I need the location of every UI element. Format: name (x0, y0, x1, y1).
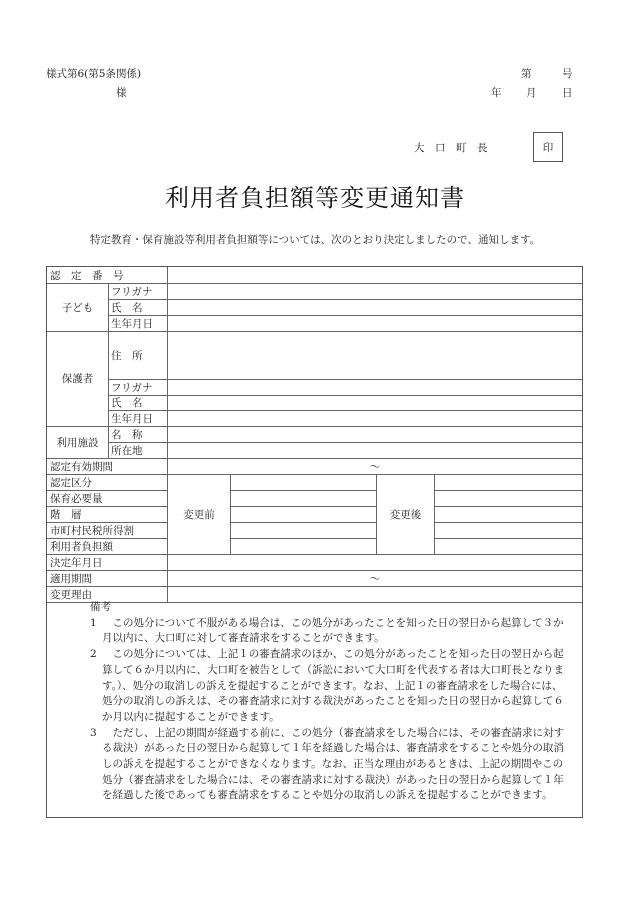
value-guardian-furigana[interactable] (168, 379, 582, 395)
label-guardian-name: 氏 名 (108, 395, 167, 410)
form-reference: 様式第6(第5条関係) (46, 66, 141, 81)
note-item-3: 3 ただし、上記の期間が経過する前に、この処分（審査請求をした場合には、その審査… (60, 726, 570, 805)
label-after-change: 変更後 (377, 474, 434, 554)
label-guardian-address: 住 所 (108, 331, 167, 379)
value-valid-period[interactable]: ～ (168, 458, 582, 474)
date-day: 日 (562, 85, 573, 100)
value-child-furigana[interactable] (168, 283, 582, 299)
notes-heading: 備考 (60, 600, 570, 616)
label-facility-name: 名 称 (108, 426, 167, 442)
document-title: 利用者負担額等変更通知書 (0, 178, 630, 213)
label-facility-location: 所在地 (108, 442, 167, 458)
label-guardian-group: 保護者 (47, 331, 108, 426)
label-child-group: 子ども (47, 283, 108, 331)
label-before-change: 変更前 (168, 474, 230, 554)
value-guardian-dob[interactable] (168, 410, 582, 426)
label-child-furigana: フリガナ (108, 283, 167, 299)
note-item-1: 1 この処分について不服がある場合は、この処分があったことを知った日の翌日から起… (60, 616, 570, 647)
intro-text: 特定教育・保育施設等利用者負担額等については、次のとおり決定しましたので、通知し… (0, 232, 630, 247)
label-cert-category: 認定区分 (47, 474, 167, 490)
label-guardian-furigana: フリガナ (108, 379, 167, 395)
value-facility-location[interactable] (168, 442, 582, 458)
seal-label: 印 (543, 140, 554, 155)
notes-section: 備考 1 この処分について不服がある場合は、この処分があったことを知った日の翌日… (60, 600, 570, 804)
value-guardian-address[interactable] (168, 331, 582, 379)
value-guardian-name[interactable] (168, 395, 582, 410)
number-prefix: 第 (521, 66, 532, 81)
value-cert-number[interactable] (168, 267, 582, 283)
label-care-amount: 保育必要量 (47, 490, 167, 506)
label-tier: 階 層 (47, 506, 167, 522)
value-facility-name[interactable] (168, 426, 582, 442)
label-guardian-dob: 生年月日 (108, 410, 167, 426)
recipient-suffix: 様 (116, 85, 127, 100)
label-apply-period: 適用期間 (47, 570, 167, 586)
label-decision-date: 決定年月日 (47, 554, 167, 570)
label-child-name: 氏 名 (108, 299, 167, 315)
seal-box: 印 (533, 132, 563, 162)
date-year: 年 (491, 85, 502, 100)
label-valid-period: 認定有効期間 (47, 458, 167, 474)
value-child-dob[interactable] (168, 315, 582, 331)
date-month: 月 (526, 85, 537, 100)
label-cert-number: 認 定 番 号 (47, 267, 167, 283)
note-item-2: 2 この処分については、上記１の審査請求のほか、この処分があったことを知った日の… (60, 647, 570, 726)
label-user-fee: 利用者負担額 (47, 538, 167, 554)
value-decision-date[interactable] (168, 554, 582, 570)
issuer-title: 大 口 町 長 (414, 140, 488, 155)
value-child-name[interactable] (168, 299, 582, 315)
label-child-dob: 生年月日 (108, 315, 167, 331)
number-suffix: 号 (562, 66, 573, 81)
label-facility-group: 利用施設 (47, 426, 108, 458)
value-apply-period[interactable]: ～ (168, 570, 582, 586)
label-municipal-tax: 市町村民税所得割 (47, 522, 167, 538)
